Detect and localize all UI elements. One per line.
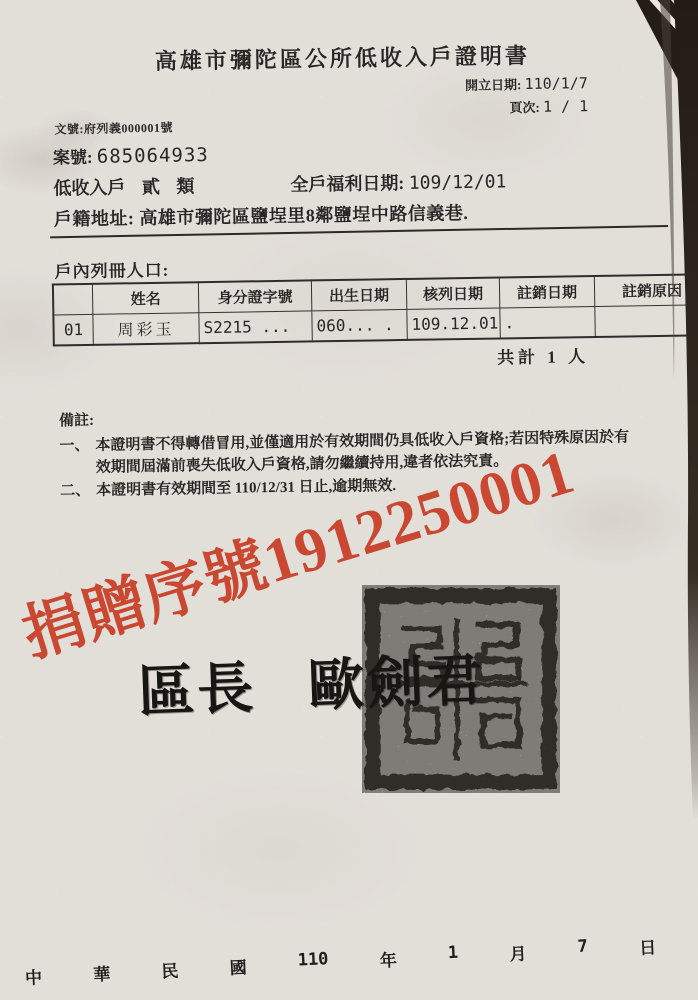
scanned-certificate-page: 高雄市彌陀區公所低收入戶證明書 開立日期: 110/1/7 頁次: 1 / 1 …: [0, 0, 698, 1000]
header-cell-revoke-reason: 註銷原因: [594, 274, 698, 306]
header-cell-revoke-date: 註銷日期: [499, 276, 594, 308]
cell-listed-date: 109.12.01: [407, 308, 500, 340]
case-number-label: 案號:: [53, 148, 93, 168]
address-label: 戶籍地址:: [54, 208, 135, 229]
header-cell-name: 姓名: [92, 282, 198, 314]
issue-date-value: 110/1/7: [524, 74, 587, 93]
signature-title: 區長: [137, 644, 258, 728]
district-chief-signature: 區長 歐劍君: [137, 636, 487, 728]
header-cell-listed-date: 核列日期: [406, 277, 499, 309]
footer-char: 日: [639, 933, 657, 959]
footer-day: 7: [577, 936, 588, 961]
welfare-date-line: 全戶福利日期: 109/12/01: [290, 167, 506, 196]
footer-year: 110: [297, 949, 329, 975]
remark-1-number: 一、: [59, 434, 96, 480]
page-value: 1 / 1: [543, 97, 588, 116]
footer-month: 1: [447, 943, 458, 968]
issue-date-line: 開立日期: 110/1/7: [465, 72, 588, 96]
footer-char: 中: [24, 963, 42, 989]
case-number-line: 案號: 685064933: [53, 141, 209, 168]
registered-address-line: 戶籍地址: 高雄市彌陀區鹽埕里8鄰鹽埕中路信義巷.: [54, 199, 469, 232]
footer-char: 民: [161, 957, 179, 983]
cell-name: 周彩玉: [93, 313, 199, 345]
remark-2-number: 二、: [60, 479, 96, 502]
signature-name: 歐劍君: [307, 636, 487, 722]
cell-index: 01: [53, 314, 93, 345]
header-cell-id-number: 身分證字號: [198, 280, 311, 312]
header-cell-index: [53, 284, 93, 315]
page-label: 頁次:: [509, 99, 540, 114]
address-value: 高雄市彌陀區鹽埕里8鄰鹽埕中路信義巷.: [139, 203, 468, 228]
welfare-date-value: 109/12/01: [409, 171, 507, 194]
household-members-heading: 戶內列冊人口:: [54, 256, 169, 283]
header-cell-birth-date: 出生日期: [311, 279, 406, 311]
page-number-line: 頁次: 1 / 1: [465, 95, 588, 119]
cell-revoke-reason: [595, 305, 698, 337]
certificate-title: 高雄市彌陀區公所低收入戶證明書: [0, 36, 692, 78]
cell-revoke-date: .: [500, 306, 595, 338]
member-total-count: 共計 1 人: [448, 341, 638, 369]
footer-char: 年: [379, 946, 397, 972]
issue-meta-block: 開立日期: 110/1/7 頁次: 1 / 1: [465, 72, 589, 119]
document-content: 高雄市彌陀區公所低收入戶證明書 開立日期: 110/1/7 頁次: 1 / 1 …: [0, 0, 698, 1000]
document-number: 文號:府列義000001號: [54, 119, 173, 138]
household-members-table: 姓名 身分證字號 出生日期 核列日期 註銷日期 註銷原因 01 周彩玉 S221…: [52, 273, 698, 346]
cell-id-number: S2215 ...: [199, 311, 312, 343]
welfare-date-label: 全戶福利日期:: [290, 173, 404, 195]
footer-char: 國: [229, 953, 247, 979]
household-category: 低收入戶 貳 類: [53, 172, 194, 200]
issue-date-label: 開立日期:: [465, 77, 522, 93]
case-number-value: 685064933: [97, 144, 209, 168]
footer-char: 華: [93, 960, 111, 986]
cell-birth-date: 060... .: [312, 309, 407, 341]
footer-char: 月: [509, 939, 527, 965]
